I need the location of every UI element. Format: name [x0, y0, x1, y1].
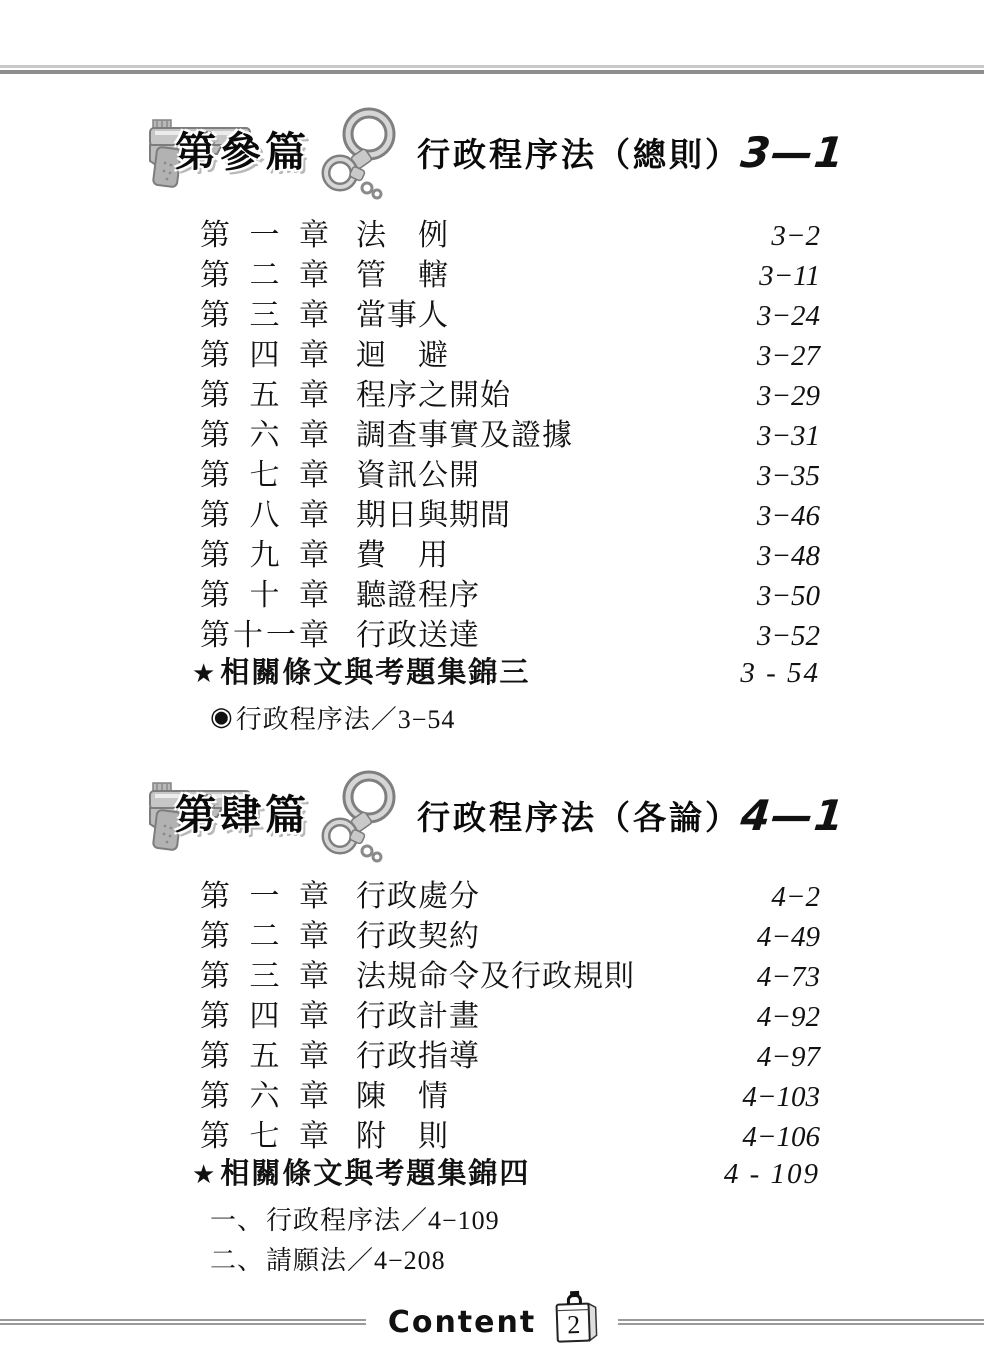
table-row: 第三章當事人3−24 [200, 290, 820, 330]
handcuffs-icon [315, 769, 405, 865]
subitem-text: 請願法／4−208 [266, 1240, 446, 1277]
chapter-page: 3−52 [757, 620, 820, 653]
table-row: 第四章行政計畫4−92 [200, 991, 820, 1031]
list-item: 一、 行政程序法／4−109 [210, 1198, 984, 1238]
page-footer: Content 2 [0, 1292, 984, 1352]
table-row: 第七章資訊公開3−35 [200, 450, 820, 490]
part-title: 行政程序法（各論） [417, 792, 741, 839]
highlight-page: 4 - 109 [724, 1158, 820, 1191]
chapter-page: 4−92 [757, 1001, 820, 1034]
chapter-title: 法規命令及行政規則 [356, 951, 635, 995]
chapter-number: 第五章 [200, 1031, 329, 1075]
table-row: 第十章聽證程序3−50 [200, 570, 820, 610]
chapter-page: 3−48 [757, 540, 820, 573]
chapter-title: 行政處分 [356, 871, 480, 915]
chapter-page: 3−35 [757, 460, 820, 493]
chapter-page: 3−50 [757, 580, 820, 613]
part-4-badge: 第肆篇 [145, 769, 407, 861]
chapter-number: 第六章 [200, 1071, 329, 1115]
list-item: 二、 請願法／4−208 [210, 1238, 984, 1278]
part-4-header: 第肆篇 行政程序法（各論） 4—1 [145, 769, 845, 861]
chapter-number: 第三章 [200, 951, 329, 995]
part-title: 行政程序法（總則） [417, 129, 741, 176]
chapter-page: 3−31 [757, 420, 820, 453]
chapter-number: 第一章 [200, 210, 329, 254]
table-row: 第一章法 例3−2 [200, 210, 820, 250]
chapter-title: 調查事實及證據 [356, 410, 573, 454]
table-row: 第十一章行政送達3−52 [200, 610, 820, 650]
part-page-number: 3—1 [738, 128, 847, 177]
chapter-number: 第十一章 [200, 610, 329, 654]
chapter-page: 3−29 [757, 380, 820, 413]
chapter-title: 陳 情 [356, 1071, 449, 1115]
table-row: 第一章行政處分4−2 [200, 871, 820, 911]
chapter-page: 3−11 [759, 260, 820, 293]
chapter-title: 資訊公開 [356, 450, 480, 494]
star-icon: ★ [192, 659, 217, 689]
top-divider [0, 65, 984, 74]
subitem-text: 行政程序法／4−109 [266, 1200, 500, 1237]
briefcase-page-icon: 2 [551, 1287, 603, 1349]
highlight-row-part-4: ★ 相關條文與考題集錦四 4 - 109 [192, 1151, 820, 1193]
table-row: 第九章費 用3−48 [200, 530, 820, 570]
subitem-ordinal: 二、 [210, 1240, 264, 1277]
chapter-page: 4−97 [757, 1041, 820, 1074]
chapter-number: 第四章 [200, 330, 329, 374]
part-3-chapter-list: 第一章法 例3−2 第二章管 轄3−11 第三章當事人3−24 第四章迴 避3−… [200, 210, 820, 650]
chapter-page: 4−2 [771, 881, 820, 914]
chapter-number: 第九章 [200, 530, 329, 574]
chapter-title: 法 例 [356, 210, 449, 254]
chapter-title: 附 則 [356, 1111, 449, 1155]
table-row: 第三章法規命令及行政規則4−73 [200, 951, 820, 991]
footer-content-label: Content [388, 1305, 536, 1340]
chapter-number: 第十章 [200, 570, 329, 614]
table-row: 第二章行政契約4−49 [200, 911, 820, 951]
chapter-title: 期日與期間 [356, 490, 511, 534]
chapter-number: 第八章 [200, 490, 329, 534]
chapter-title: 管 轄 [356, 250, 449, 294]
chapter-number: 第四章 [200, 991, 329, 1035]
chapter-page: 4−106 [742, 1121, 820, 1154]
table-row: 第八章期日與期間3−46 [200, 490, 820, 530]
table-row: 第六章陳 情4−103 [200, 1071, 820, 1111]
chapter-title: 行政契約 [356, 911, 480, 955]
chapter-title: 行政計畫 [356, 991, 480, 1035]
subitem-ordinal: 一、 [210, 1200, 264, 1237]
chapter-number: 第三章 [200, 290, 329, 334]
chapter-page: 4−73 [757, 961, 820, 994]
chapter-title: 聽證程序 [356, 570, 480, 614]
table-row: 第五章程序之開始3−29 [200, 370, 820, 410]
chapter-number: 第六章 [200, 410, 329, 454]
chapter-title: 行政送達 [356, 610, 480, 654]
chapter-page: 4−103 [742, 1081, 820, 1114]
chapter-page: 3−24 [757, 300, 820, 333]
footer-divider-right [618, 1319, 984, 1325]
part-3-badge: 第參篇 [145, 106, 407, 198]
part-3-header: 第參篇 行政程序法（總則） 3—1 [145, 106, 845, 198]
chapter-title: 迴 避 [356, 330, 449, 374]
chapter-number: 第一章 [200, 871, 329, 915]
chapter-number: 第二章 [200, 911, 329, 955]
chapter-page: 4−49 [757, 921, 820, 954]
chapter-number: 第七章 [200, 1111, 329, 1155]
table-row: 第七章附 則4−106 [200, 1111, 820, 1151]
highlight-page: 3 - 54 [740, 657, 820, 690]
chapter-number: 第五章 [200, 370, 329, 414]
footer-page-number: 2 [567, 1310, 581, 1339]
footer-divider-left [0, 1319, 366, 1325]
subitem-text: 行政程序法／3−54 [236, 699, 456, 736]
table-row: 第六章調查事實及證據3−31 [200, 410, 820, 450]
chapter-number: 第二章 [200, 250, 329, 294]
highlight-row-part-3: ★ 相關條文與考題集錦三 3 - 54 [192, 650, 820, 692]
part-number-label: 第參篇 [175, 132, 310, 173]
part-page-number: 4—1 [738, 791, 847, 840]
fisheye-bullet-icon: ◉ [210, 702, 234, 732]
part-number-label: 第肆篇 [175, 795, 310, 836]
part-4-chapter-list: 第一章行政處分4−2 第二章行政契約4−49 第三章法規命令及行政規則4−73 … [200, 871, 820, 1151]
chapter-title: 程序之開始 [356, 370, 511, 414]
list-item: ◉ 行政程序法／3−54 [210, 697, 984, 737]
chapter-title: 費 用 [356, 530, 449, 574]
chapter-page: 3−27 [757, 340, 820, 373]
table-row: 第五章行政指導4−97 [200, 1031, 820, 1071]
highlight-label: 相關條文與考題集錦四 [220, 1151, 530, 1192]
handcuffs-icon [315, 106, 405, 202]
chapter-number: 第七章 [200, 450, 329, 494]
table-row: 第二章管 轄3−11 [200, 250, 820, 290]
chapter-page: 3−46 [757, 500, 820, 533]
highlight-label: 相關條文與考題集錦三 [220, 650, 530, 691]
star-icon: ★ [192, 1160, 217, 1190]
chapter-title: 行政指導 [356, 1031, 480, 1075]
chapter-page: 3−2 [771, 220, 820, 253]
chapter-title: 當事人 [356, 290, 449, 334]
table-row: 第四章迴 避3−27 [200, 330, 820, 370]
